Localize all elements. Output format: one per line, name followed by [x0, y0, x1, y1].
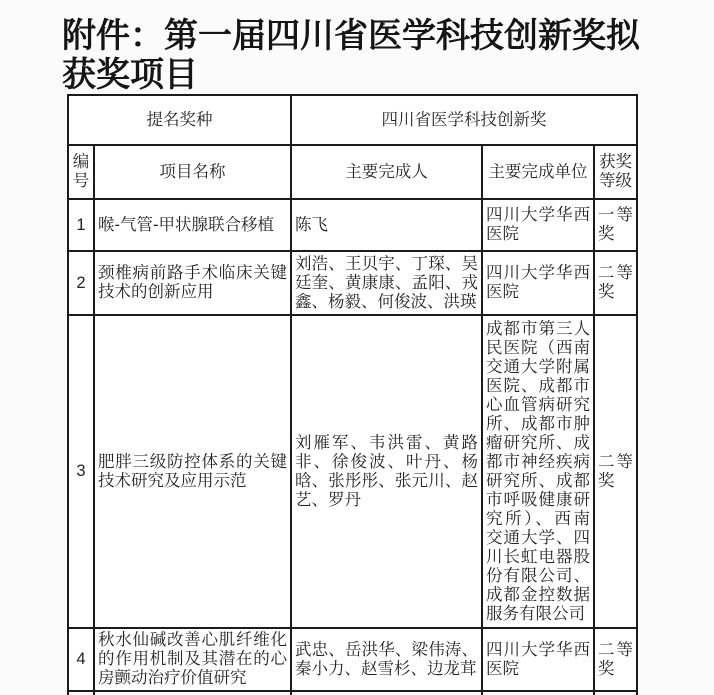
row-1-award-level: 一等奖	[594, 199, 637, 251]
row-1-project-name: 喉-气管-甲状腺联合移植	[94, 199, 291, 251]
table-header-row-nomination: 提名奖种 四川省医学科技创新奖	[68, 95, 637, 145]
document-title: 附件：第一届四川省医学科技创新奖拟获奖项目	[62, 17, 654, 95]
column-header-level: 获奖等级	[594, 145, 637, 199]
column-header-project: 项目名称	[94, 145, 291, 199]
row-4-award-level: 二等奖	[594, 628, 637, 691]
column-header-authors: 主要完成人	[291, 145, 482, 199]
column-header-org: 主要完成单位	[482, 145, 594, 199]
row-2-award-level: 二等奖	[594, 251, 637, 315]
row-4-project-name: 秋水仙碱改善心肌纤维化的作用机制及其潜在的心房颤动治疗价值研究	[94, 628, 291, 691]
table-header-row-columns: 编号 项目名称 主要完成人 主要完成单位 获奖等级	[68, 145, 637, 199]
row-3-project-name: 肥胖三级防控体系的关键技术研究及应用示范	[94, 315, 291, 628]
row-1-authors: 陈飞	[291, 199, 482, 251]
table-row-partial	[68, 691, 637, 695]
row-4-organization: 四川大学华西医院	[482, 628, 594, 691]
row-4-number: 4	[68, 628, 94, 691]
row-2-project-name: 颈椎病前路手术临床关键技术的创新应用	[94, 251, 291, 315]
row-4-authors: 武忠、岳洪华、梁伟涛、秦小力、赵雪杉、边龙茸	[291, 628, 482, 691]
row-3-award-level: 二等奖	[594, 315, 637, 628]
row-3-number: 3	[68, 315, 94, 628]
award-name-header: 四川省医学科技创新奖	[291, 95, 637, 145]
row-1-organization: 四川大学华西医院	[482, 199, 594, 251]
award-table: 提名奖种 四川省医学科技创新奖 编号 项目名称 主要完成人 主要完成单位 获奖等…	[67, 94, 638, 695]
row-2-number: 2	[68, 251, 94, 315]
table-row: 3 肥胖三级防控体系的关键技术研究及应用示范 刘雁军、韦洪雷、黄路非、徐俊波、叶…	[68, 315, 637, 628]
row-1-number: 1	[68, 199, 94, 251]
row-3-authors: 刘雁军、韦洪雷、黄路非、徐俊波、叶丹、杨晗、张彤彤、张元川、赵艺、罗丹	[291, 315, 482, 628]
table-row: 2 颈椎病前路手术临床关键技术的创新应用 刘浩、王贝宇、丁琛、吴廷奎、黄康康、孟…	[68, 251, 637, 315]
table-row: 4 秋水仙碱改善心肌纤维化的作用机制及其潜在的心房颤动治疗价值研究 武忠、岳洪华…	[68, 628, 637, 691]
nomination-kind-header: 提名奖种	[68, 95, 291, 145]
table-row: 1 喉-气管-甲状腺联合移植 陈飞 四川大学华西医院 一等奖	[68, 199, 637, 251]
row-2-organization: 四川大学华西医院	[482, 251, 594, 315]
document-page: 附件：第一届四川省医学科技创新奖拟获奖项目 提名奖种 四川省医学科技创新奖 编号…	[0, 0, 714, 695]
row-3-organization: 成都市第三人民医院（西南交通大学附属医院、成都市心血管病研究所、成都市肿瘤研究所…	[482, 315, 594, 628]
row-2-authors: 刘浩、王贝宇、丁琛、吴廷奎、黄康康、孟阳、戎鑫、杨毅、何俊波、洪瑛	[291, 251, 482, 315]
column-header-no: 编号	[68, 145, 94, 199]
